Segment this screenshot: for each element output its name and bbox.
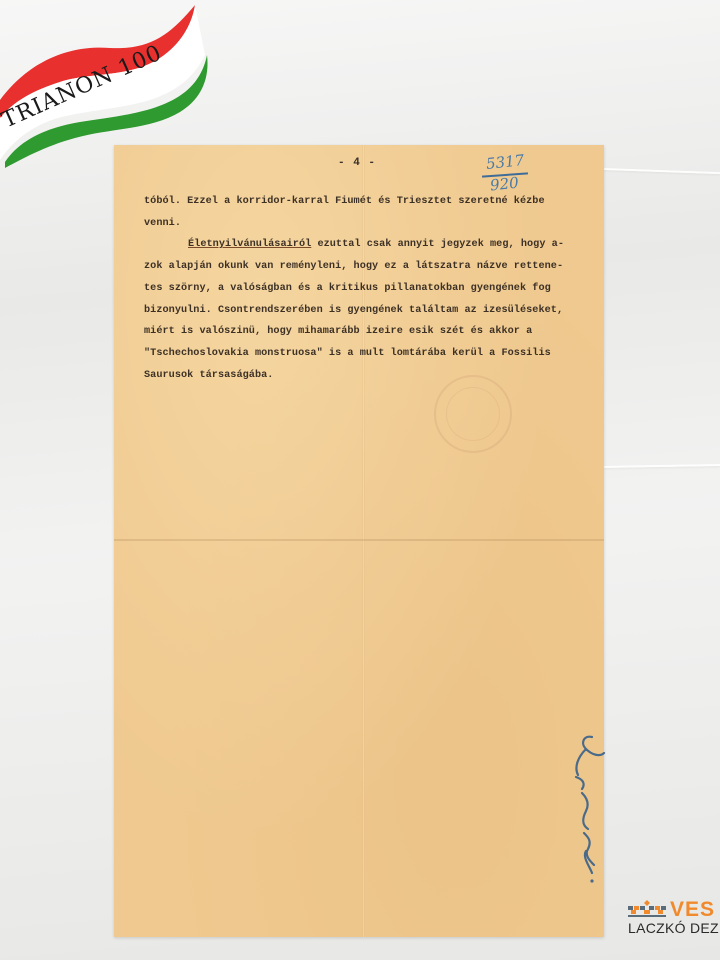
text-fragment: ezuttal csak annyit jegyzek meg, hogy a- [311, 239, 564, 250]
text-line: zok alapján okunk van reményleni, hogy e… [144, 256, 584, 278]
text-line: "Tschechoslovakia monstruosa" is a mult … [144, 343, 584, 365]
archival-document-page: - 4 - 5317 920 tóból. Ezzel a korridor-k… [114, 145, 604, 937]
crown-icon [628, 900, 666, 918]
museum-subtitle: LACZKÓ DEZ [628, 920, 719, 936]
faded-stamp [434, 375, 512, 453]
text-line: venni. [144, 213, 584, 235]
text-line: Életnyilvánulásairól ezuttal csak annyit… [144, 234, 584, 256]
signature-scribble-icon [552, 733, 612, 883]
text-line: tes szörny, a valóságban és a kritikus p… [144, 278, 584, 300]
typewritten-body: tóból. Ezzel a korridor-karral Fiumét és… [144, 191, 584, 386]
text-line: miért is valószinü, hogy mihamarább izei… [144, 321, 584, 343]
text-line: Saurusok társaságába. [144, 365, 584, 387]
text-line: bizonyulni. Csontrendszerében is gyengén… [144, 300, 584, 322]
page-number: - 4 - [338, 157, 376, 169]
horizontal-fold [114, 539, 604, 541]
underlined-term: Életnyilvánulásairól [188, 239, 311, 250]
museum-name: VES [670, 898, 715, 922]
museum-logo: VES LACZKÓ DEZ [626, 898, 720, 938]
handwritten-signature [552, 733, 612, 883]
text-line: tóból. Ezzel a korridor-karral Fiumét és… [144, 191, 584, 213]
archive-number-top: 5317 [485, 151, 525, 173]
